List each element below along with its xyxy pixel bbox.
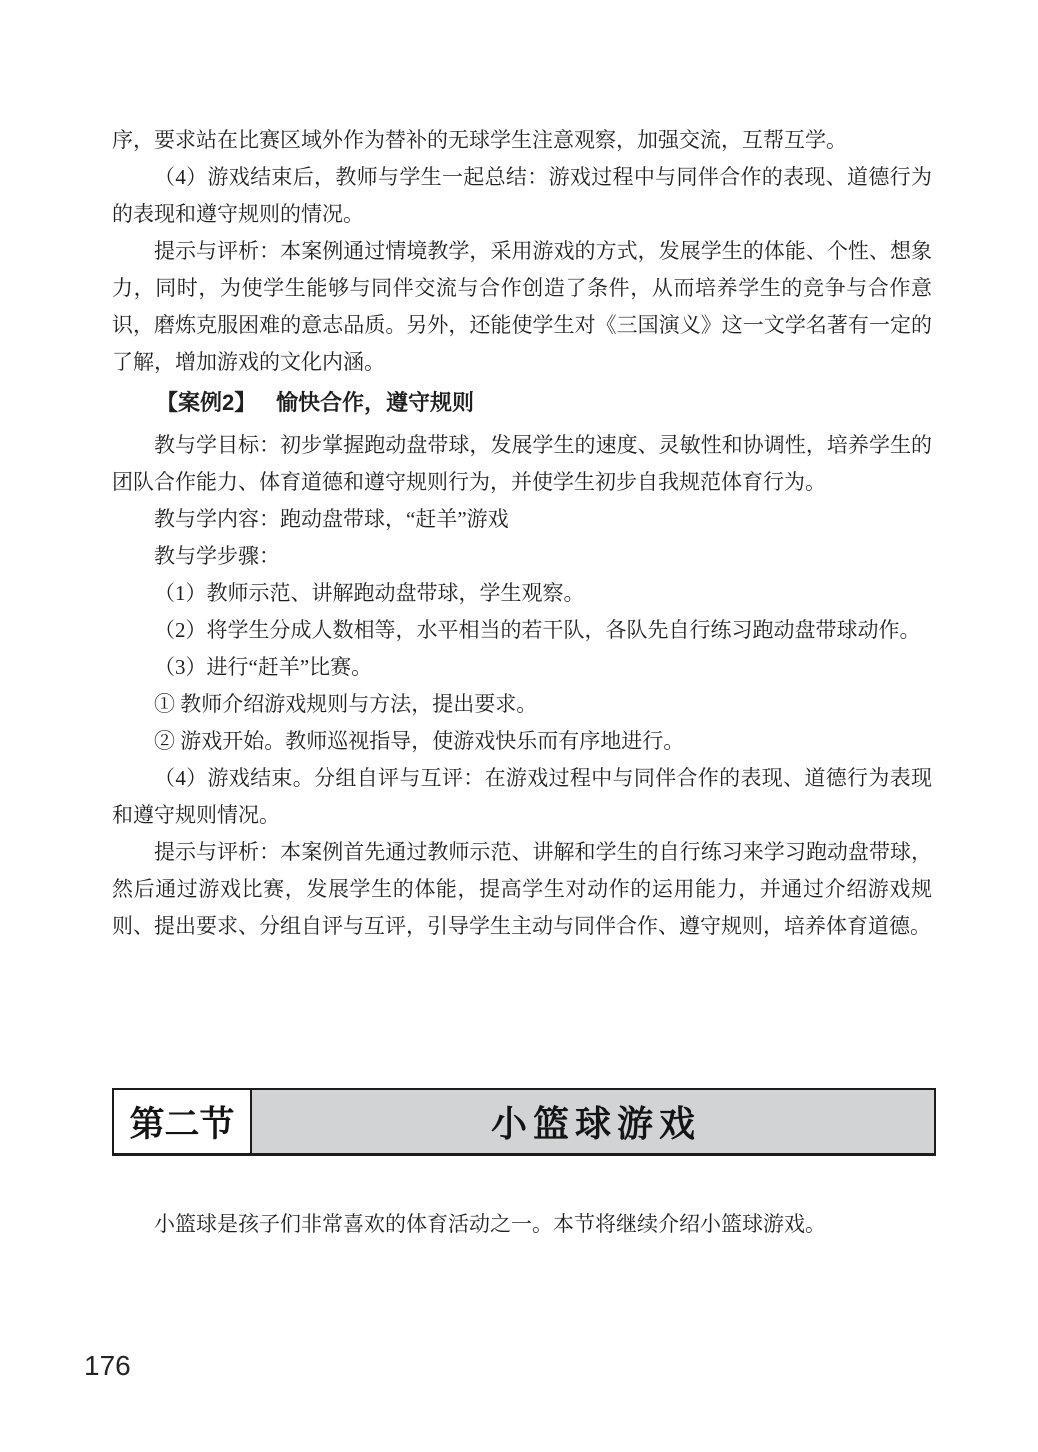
- page-number: 176: [84, 1350, 131, 1382]
- paragraph: （1）教师示范、讲解跑动盘带球，学生观察。: [112, 575, 932, 612]
- section-title-box: 小篮球游戏: [252, 1090, 934, 1153]
- closing-text-block: 小篮球是孩子们非常喜欢的体育活动之一。本节将继续介绍小篮球游戏。: [112, 1206, 932, 1243]
- paragraph: 教与学步骤：: [112, 538, 932, 575]
- case-title: 愉快合作，遵守规则: [276, 390, 474, 415]
- paragraph: 教与学目标：初步掌握跑动盘带球，发展学生的速度、灵敏性和协调性，培养学生的团队合…: [112, 427, 932, 501]
- case-header: 【案例2】愉快合作，遵守规则: [112, 384, 932, 421]
- section-number-label: 第二节: [129, 1097, 234, 1147]
- paragraph: （4）游戏结束后，教师与学生一起总结：游戏过程中与同伴合作的表现、道德行为的表现…: [112, 159, 932, 233]
- main-text-block: 序，要求站在比赛区域外作为替补的无球学生注意观察，加强交流，互帮互学。 （4）游…: [112, 122, 932, 945]
- section-title: 小篮球游戏: [485, 1096, 701, 1147]
- section-number-box: 第二节: [114, 1090, 252, 1153]
- paragraph: ① 教师介绍游戏规则与方法，提出要求。: [112, 686, 932, 723]
- paragraph: （3）进行“赶羊”比赛。: [112, 649, 932, 686]
- paragraph: 教与学内容：跑动盘带球，“赶羊”游戏: [112, 501, 932, 538]
- paragraph: 小篮球是孩子们非常喜欢的体育活动之一。本节将继续介绍小篮球游戏。: [112, 1206, 932, 1243]
- book-page: 序，要求站在比赛区域外作为替补的无球学生注意观察，加强交流，互帮互学。 （4）游…: [0, 0, 1038, 1452]
- paragraph: ② 游戏开始。教师巡视指导，使游戏快乐而有序地进行。: [112, 723, 932, 760]
- section-banner: 第二节 小篮球游戏: [112, 1088, 936, 1156]
- paragraph: 提示与评析：本案例首先通过教师示范、讲解和学生的自行练习来学习跑动盘带球，然后通…: [112, 834, 932, 945]
- paragraph: 序，要求站在比赛区域外作为替补的无球学生注意观察，加强交流，互帮互学。: [112, 122, 932, 159]
- paragraph: 提示与评析：本案例通过情境教学，采用游戏的方式，发展学生的体能、个性、想象力，同…: [112, 233, 932, 381]
- paragraph: （4）游戏结束。分组自评与互评：在游戏过程中与同伴合作的表现、道德行为表现和遵守…: [112, 760, 932, 834]
- paragraph: （2）将学生分成人数相等，水平相当的若干队，各队先自行练习跑动盘带球动作。: [112, 612, 932, 649]
- case-label: 【案例2】: [156, 390, 256, 415]
